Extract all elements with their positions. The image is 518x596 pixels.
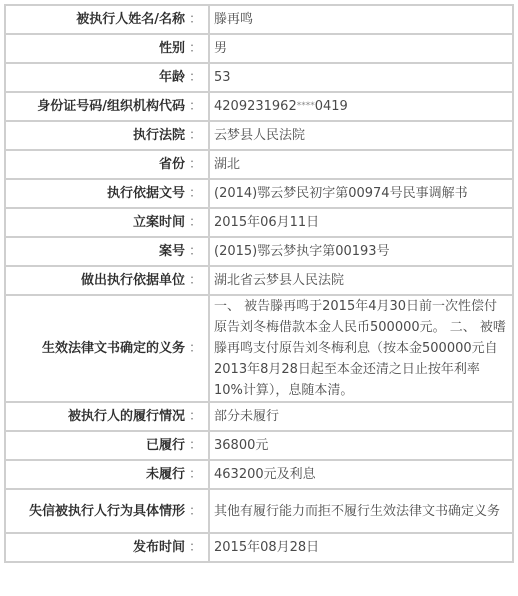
label-text: 性别 (159, 41, 185, 56)
label-obligations: 生效法律文书确定的义务： (5, 295, 209, 402)
label-text: 立案时间 (133, 215, 185, 230)
label-age: 年龄： (5, 63, 209, 92)
colon: ： (189, 438, 202, 453)
label-gender: 性别： (5, 34, 209, 63)
label-basis-issuing-unit: 做出执行依据单位： (5, 266, 209, 295)
label-text: 生效法律文书确定的义务 (42, 341, 185, 356)
row-performance-status: 被执行人的履行情况： 部分未履行 (5, 402, 513, 431)
colon: ： (189, 128, 202, 143)
row-id-number: 身份证号码/组织机构代码： 4209231962****0419 (5, 92, 513, 121)
colon: ： (189, 244, 202, 259)
label-performed: 已履行： (5, 431, 209, 460)
value-performed: 36800元 (209, 431, 513, 460)
label-unperformed: 未履行： (5, 460, 209, 489)
label-text: 执行依据文号 (107, 186, 185, 201)
label-text: 执行法院 (133, 128, 185, 143)
label-text: 失信被执行人行为具体情形 (29, 504, 185, 519)
label-text: 案号 (159, 244, 185, 259)
label-text: 发布时间 (133, 540, 185, 555)
label-text: 未履行 (146, 467, 185, 482)
value-obligations: 一、 被告滕再鸣于2015年4月30日前一次性偿付原告刘冬梅借款本金人民币500… (209, 295, 513, 402)
row-basis-issuing-unit: 做出执行依据单位： 湖北省云梦县人民法院 (5, 266, 513, 295)
colon: ： (189, 409, 202, 424)
row-filing-date: 立案时间： 2015年06月11日 (5, 208, 513, 237)
row-province: 省份： 湖北 (5, 150, 513, 179)
label-executing-court: 执行法院： (5, 121, 209, 150)
row-gender: 性别： 男 (5, 34, 513, 63)
row-case-number: 案号： (2015)鄂云梦执字第00193号 (5, 237, 513, 266)
value-publish-date: 2015年08月28日 (209, 533, 513, 562)
value-debtor-name: 滕再鸣 (209, 5, 513, 34)
value-performance-status: 部分未履行 (209, 402, 513, 431)
colon: ： (189, 215, 202, 230)
row-basis-doc-number: 执行依据文号： (2014)鄂云梦民初字第00974号民事调解书 (5, 179, 513, 208)
colon: ： (189, 157, 202, 172)
label-text: 已履行 (146, 438, 185, 453)
label-text: 年龄 (159, 70, 185, 85)
row-age: 年龄： 53 (5, 63, 513, 92)
value-id-number: 4209231962****0419 (209, 92, 513, 121)
label-text: 做出执行依据单位 (81, 273, 185, 288)
row-publish-date: 发布时间： 2015年08月28日 (5, 533, 513, 562)
label-publish-date: 发布时间： (5, 533, 209, 562)
value-age: 53 (209, 63, 513, 92)
label-debtor-name: 被执行人姓名/名称： (5, 5, 209, 34)
value-case-number: (2015)鄂云梦执字第00193号 (209, 237, 513, 266)
label-text: 被执行人姓名/名称 (76, 12, 185, 27)
id-mask: **** (297, 101, 315, 111)
colon: ： (189, 70, 202, 85)
value-executing-court: 云梦县人民法院 (209, 121, 513, 150)
colon: ： (189, 12, 202, 27)
id-prefix: 4209231962 (214, 99, 297, 114)
label-performance-status: 被执行人的履行情况： (5, 402, 209, 431)
colon: ： (189, 41, 202, 56)
colon: ： (189, 504, 202, 519)
label-filing-date: 立案时间： (5, 208, 209, 237)
dishonest-debtor-info-table: 被执行人姓名/名称： 滕再鸣 性别： 男 年龄： 53 身份证号码/组织机构代码… (4, 4, 514, 563)
label-case-number: 案号： (5, 237, 209, 266)
colon: ： (189, 540, 202, 555)
id-suffix: 0419 (315, 99, 348, 114)
row-performed: 已履行： 36800元 (5, 431, 513, 460)
value-gender: 男 (209, 34, 513, 63)
label-text: 身份证号码/组织机构代码 (37, 99, 185, 114)
value-basis-issuing-unit: 湖北省云梦县人民法院 (209, 266, 513, 295)
value-filing-date: 2015年06月11日 (209, 208, 513, 237)
label-dishonest-behavior: 失信被执行人行为具体情形： (5, 489, 209, 533)
row-dishonest-behavior: 失信被执行人行为具体情形： 其他有履行能力而拒不履行生效法律文书确定义务 (5, 489, 513, 533)
colon: ： (189, 186, 202, 201)
row-executing-court: 执行法院： 云梦县人民法院 (5, 121, 513, 150)
colon: ： (189, 467, 202, 482)
label-text: 被执行人的履行情况 (68, 409, 185, 424)
label-text: 省份 (159, 157, 185, 172)
row-unperformed: 未履行： 463200元及利息 (5, 460, 513, 489)
row-debtor-name: 被执行人姓名/名称： 滕再鸣 (5, 5, 513, 34)
label-basis-doc-number: 执行依据文号： (5, 179, 209, 208)
colon: ： (189, 273, 202, 288)
label-province: 省份： (5, 150, 209, 179)
row-obligations: 生效法律文书确定的义务： 一、 被告滕再鸣于2015年4月30日前一次性偿付原告… (5, 295, 513, 402)
value-basis-doc-number: (2014)鄂云梦民初字第00974号民事调解书 (209, 179, 513, 208)
value-dishonest-behavior: 其他有履行能力而拒不履行生效法律文书确定义务 (209, 489, 513, 533)
label-id-number: 身份证号码/组织机构代码： (5, 92, 209, 121)
value-unperformed: 463200元及利息 (209, 460, 513, 489)
colon: ： (189, 341, 202, 356)
colon: ： (189, 99, 202, 114)
value-province: 湖北 (209, 150, 513, 179)
